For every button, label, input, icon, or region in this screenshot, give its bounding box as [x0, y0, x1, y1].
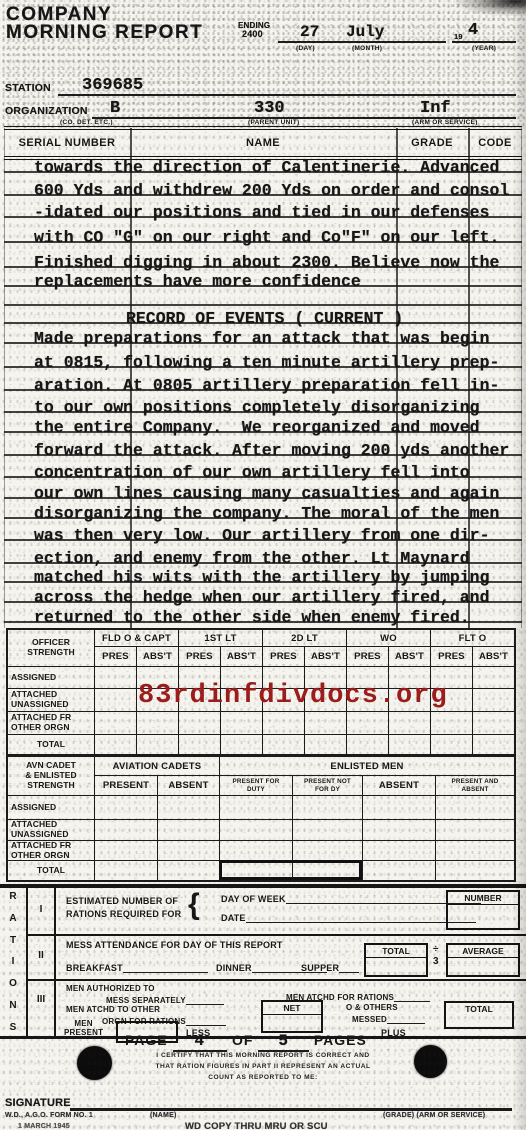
date-underline: 27 July	[278, 25, 446, 43]
organization-underline: B 330 Inf	[92, 99, 516, 119]
row-attached-fr-other-orgn: ATTACHED FR OTHER ORGN	[8, 711, 94, 734]
strength-cell	[430, 711, 472, 734]
ending-time: 2400	[242, 29, 263, 39]
record-line: Made preparations for an attack that was…	[4, 327, 522, 344]
group-2d-lt: 2D LT	[262, 630, 346, 646]
code-header: CODE	[468, 137, 522, 149]
record-line: 600 Yds and withdrew 200 Yds on order an…	[4, 179, 522, 196]
record-line: -idated our positions and tied in our de…	[4, 201, 522, 218]
absent-header: ABSENT	[157, 775, 219, 795]
abst-header: ABS'T	[220, 646, 262, 666]
strength-cell	[94, 860, 157, 880]
strength-cell	[292, 840, 362, 860]
org-parent-value: 330	[254, 99, 285, 118]
org-arm-sublabel: (ARM OR SERVICE)	[412, 119, 478, 126]
strength-cell	[472, 734, 514, 754]
enlisted-strength-table: AVN CADET & ENLISTED STRENGTH AVIATION C…	[6, 755, 516, 882]
year-underline: 19 4	[452, 25, 516, 43]
abst-header: ABS'T	[136, 646, 178, 666]
strength-cell	[435, 840, 514, 860]
record-line: returned to the other side when enemy fi…	[4, 606, 522, 623]
group-aviation-cadets: AVIATION CADETS	[94, 757, 219, 775]
messed-label: MESSED	[352, 1014, 425, 1024]
strength-cell	[220, 734, 262, 754]
strength-cell	[219, 840, 292, 860]
strength-cell	[178, 711, 220, 734]
row-assigned: ASSIGNED	[8, 795, 94, 819]
strength-cell	[219, 795, 292, 819]
breakfast-label: BREAKFAST	[66, 963, 208, 973]
abst-header: ABS'T	[304, 646, 346, 666]
part-ii-number: II	[26, 950, 56, 961]
pres-header: PRES	[262, 646, 304, 666]
pres-header: PRES	[94, 646, 136, 666]
record-line: across the hedge when our artillery fire…	[4, 586, 522, 603]
net-box: NET	[261, 1000, 323, 1033]
supper-label: SUPPER	[301, 963, 359, 973]
strength-cell	[219, 819, 292, 840]
strength-cell	[94, 819, 157, 840]
record-events-heading: RECORD OF EVENTS ( CURRENT )	[4, 307, 522, 324]
strength-cell	[362, 795, 435, 819]
name-sublabel: (NAME)	[150, 1112, 176, 1119]
year-sublabel: (YEAR)	[472, 45, 496, 52]
grade-header: GRADE	[396, 137, 468, 149]
part-iii-number: III	[26, 994, 56, 1005]
strength-cell	[435, 819, 514, 840]
strength-cell	[262, 711, 304, 734]
strength-cell	[346, 711, 388, 734]
strength-cell	[136, 734, 178, 754]
record-line: concentration of our own artillery fell …	[4, 461, 522, 478]
men-present-box	[116, 1021, 178, 1043]
record-line: disorganizing the company. The moral of …	[4, 502, 522, 519]
strength-cell	[262, 734, 304, 754]
mess-separately-blank	[186, 995, 224, 1005]
strength-cell	[430, 734, 472, 754]
date-blank	[246, 913, 476, 923]
strength-cell	[94, 711, 136, 734]
record-line: aration. At 0805 artillery preparation f…	[4, 374, 522, 391]
record-line: our own lines causing many casualties an…	[4, 482, 522, 499]
strength-cell	[362, 860, 435, 880]
station-label: STATION	[5, 82, 51, 94]
present-and-absent-header: PRESENT AND ABSENT	[435, 775, 514, 795]
certify-line3: COUNT AS REPORTED TO ME:	[0, 1074, 526, 1081]
watermark-text: 83rdinfdivdocs.org	[138, 681, 448, 711]
month-value: July	[346, 23, 384, 41]
absent-header: ABSENT	[362, 775, 435, 795]
breakfast-blank	[123, 963, 208, 973]
row-attached-fr-other-orgn: ATTACHED FR OTHER ORGN	[8, 840, 94, 860]
strength-cell-boxed	[219, 860, 292, 880]
record-line: replacements have more confidence	[4, 270, 522, 287]
grade-arm-sublabel: (GRADE) (ARM OR SERVICE)	[383, 1112, 485, 1119]
officer-strength-label: OFFICER STRENGTH	[8, 630, 94, 666]
strength-cell	[435, 795, 514, 819]
strength-cell	[346, 734, 388, 754]
record-line: ection, and enemy from the other. Lt May…	[4, 547, 522, 564]
year-prefix: 19	[454, 32, 463, 41]
strength-cell	[472, 711, 514, 734]
group-enlisted-men: ENLISTED MEN	[219, 757, 514, 775]
signature-label: SIGNATURE	[5, 1097, 71, 1109]
form-number: W.D., A.G.O. FORM NO. 1	[5, 1112, 93, 1119]
mess-attendance-label: MESS ATTENDANCE FOR DAY OF THIS REPORT	[66, 940, 283, 950]
rations-required-label: RATIONS REQUIRED FOR	[66, 909, 181, 919]
form-title-line2: MORNING REPORT	[6, 24, 203, 42]
record-line: at 0815, following a ten minute artiller…	[4, 351, 522, 368]
strength-cell	[472, 666, 514, 688]
strength-cell	[178, 734, 220, 754]
pres-header: PRES	[346, 646, 388, 666]
total-box-iii: TOTAL	[444, 1001, 514, 1029]
copy-routing-line: WD COPY THRU MRU OR SCU	[185, 1121, 328, 1130]
name-header: NAME	[130, 137, 396, 149]
hole-punch-left	[77, 1046, 112, 1080]
org-arm-value: Inf	[420, 99, 451, 118]
number-box: NUMBER	[446, 890, 520, 930]
mess-separately-label: MESS SEPARATELY	[106, 995, 224, 1005]
strength-cell	[304, 734, 346, 754]
strength-cell	[292, 819, 362, 840]
men-atchd-rations-blank	[394, 992, 430, 1002]
date-label: DATE	[221, 913, 476, 923]
present-for-duty-header: PRESENT FOR DUTY	[219, 775, 292, 795]
record-line: the entire Company. We reorganized and m…	[4, 416, 522, 433]
group-flt-o: FLT O	[430, 630, 514, 646]
strength-cell	[157, 819, 219, 840]
strength-cell-boxed	[292, 860, 362, 880]
less-label: LESS	[186, 1028, 210, 1038]
corner-smudge	[456, 0, 526, 16]
average-box: AVERAGE	[446, 943, 520, 977]
strength-cell	[388, 734, 430, 754]
row-total: TOTAL	[8, 860, 94, 880]
strength-cell	[157, 795, 219, 819]
supper-blank	[339, 963, 359, 973]
strength-cell	[136, 711, 178, 734]
abst-header: ABS'T	[472, 646, 514, 666]
strength-cell	[157, 840, 219, 860]
record-line-blank	[4, 289, 522, 306]
pres-header: PRES	[430, 646, 472, 666]
morning-report-scan: COMPANY MORNING REPORT ENDING 2400 27 Ju…	[0, 0, 526, 1130]
rations-section: R A T I O N S I II III ESTIMATED NUMBER …	[0, 884, 526, 1039]
org-company-value: B	[110, 99, 120, 118]
strength-cell	[362, 819, 435, 840]
record-line: Finished digging in about 2300. Believe …	[4, 251, 522, 268]
strength-cell	[94, 666, 136, 688]
strength-cell	[472, 688, 514, 711]
row-attached-unassigned: ATTACHED UNASSIGNED	[8, 688, 94, 711]
signature-line	[70, 1096, 512, 1111]
strength-cell	[157, 860, 219, 880]
day-value: 27	[300, 23, 319, 41]
strength-cell	[94, 734, 136, 754]
roster-header-row: SERIAL NUMBER NAME GRADE CODE	[4, 126, 522, 160]
orgn-for-rations-blank	[186, 1016, 226, 1026]
part-i-number: I	[26, 904, 56, 915]
organization-label: ORGANIZATION	[5, 105, 88, 117]
month-sublabel: (MONTH)	[352, 45, 382, 52]
group-1st-lt: 1ST LT	[178, 630, 262, 646]
estimated-number-label: ESTIMATED NUMBER OF	[66, 896, 178, 906]
messed-blank	[387, 1014, 425, 1024]
form-date: 1 MARCH 1945	[18, 1123, 70, 1130]
strength-cell	[435, 860, 514, 880]
total-box-ii: TOTAL	[364, 943, 428, 977]
rations-content: ESTIMATED NUMBER OF RATIONS REQUIRED FOR…	[58, 888, 526, 1036]
row-total: TOTAL	[8, 734, 94, 754]
rations-vertical-label: R A T I O N S	[0, 888, 26, 1036]
divide-by-three: ÷ 3	[433, 944, 439, 968]
strength-cell	[388, 711, 430, 734]
strength-cell	[292, 795, 362, 819]
record-line: forward the attack. After moving 200 yds…	[4, 439, 522, 456]
enlisted-strength-label: AVN CADET & ENLISTED STRENGTH	[8, 757, 94, 795]
strength-cell	[94, 688, 136, 711]
strength-cell	[220, 711, 262, 734]
strength-cell	[94, 840, 157, 860]
day-of-week-label: DAY OF WEEK	[221, 894, 481, 904]
row-assigned: ASSIGNED	[8, 666, 94, 688]
serial-number-header: SERIAL NUMBER	[4, 137, 130, 149]
year-value: 4	[468, 21, 478, 40]
record-line: with CO "G" on our right and Co"F" on ou…	[4, 226, 522, 243]
station-underline: 369685	[58, 76, 516, 96]
pres-header: PRES	[178, 646, 220, 666]
brace: {	[188, 888, 200, 922]
station-value: 369685	[82, 76, 143, 95]
men-atchd-other-label: MEN ATCHD TO OTHER	[66, 1005, 160, 1014]
present-not-for-dy-header: PRESENT NOT FOR DY	[292, 775, 362, 795]
group-fld-o-capt: FLD O & CAPT	[94, 630, 178, 646]
hole-punch-right	[414, 1045, 447, 1078]
o-and-others-label: O & OTHERS	[346, 1003, 398, 1012]
present-header: PRESENT	[94, 775, 157, 795]
record-line: matched his wits with the artillery by j…	[4, 566, 522, 583]
record-line: to our own positions completely disorgan…	[4, 396, 522, 413]
record-line: was then very low. Our artillery from on…	[4, 524, 522, 541]
org-parent-sublabel: (PARENT UNIT)	[248, 119, 299, 126]
plus-label: PLUS	[381, 1028, 406, 1038]
strength-cell	[94, 795, 157, 819]
org-company-sublabel: (CO. DET. ETC.)	[60, 119, 113, 126]
strength-cell	[362, 840, 435, 860]
row-attached-unassigned: ATTACHED UNASSIGNED	[8, 819, 94, 840]
men-authorized-label: MEN AUTHORIZED TO	[66, 984, 155, 993]
group-wo: WO	[346, 630, 430, 646]
men-present-label: MEN PRESENT	[64, 1020, 103, 1038]
strength-cell	[304, 711, 346, 734]
abst-header: ABS'T	[388, 646, 430, 666]
day-sublabel: (DAY)	[296, 45, 315, 52]
